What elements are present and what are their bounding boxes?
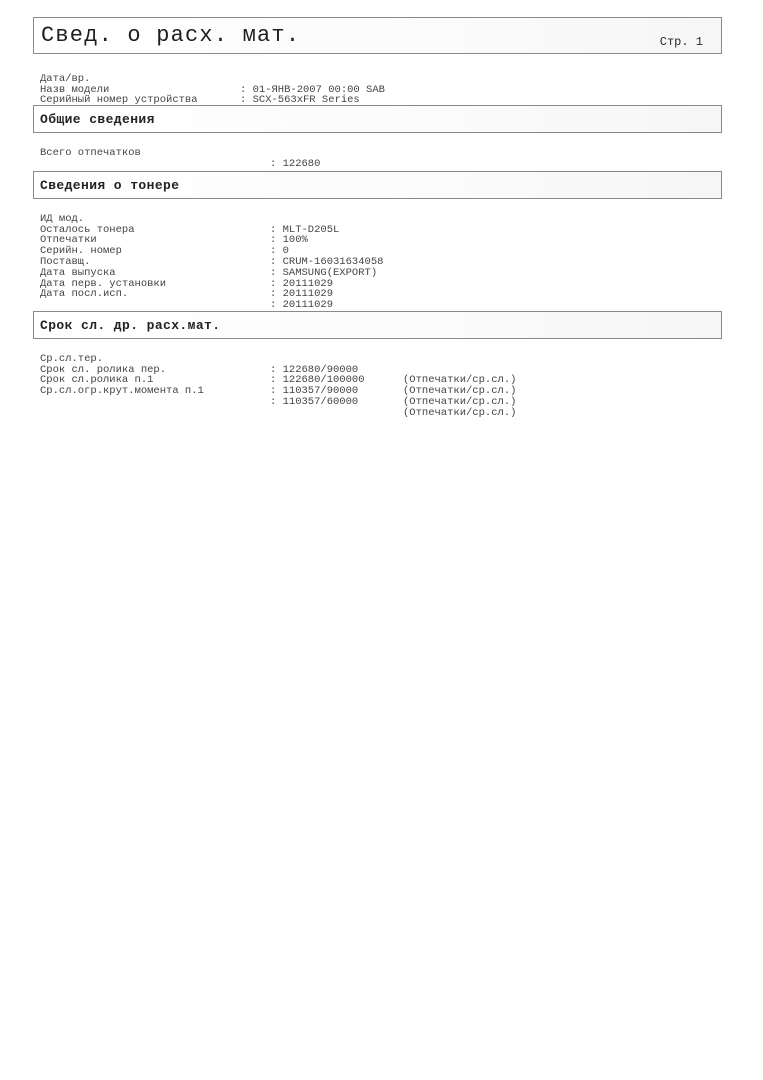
data-row: Срок сл. ролика пер. : 122680/100000 (От… <box>40 354 65 365</box>
data-row: Поставщ. : SAMSUNG(EXPORT) <box>40 246 65 257</box>
data-row: Серийн. номер : CRUM-16031634058 <box>40 235 65 246</box>
device-info: Дата/вр. : 01-ЯНВ-2007 00:00 SAB Назв мо… <box>40 63 65 95</box>
section-toner-rows: ИД мод. : MLT-D205L Осталось тонера : 10… <box>40 203 65 289</box>
row-unit: (Отпечатки/ср.сл.) <box>403 408 516 419</box>
data-row: Срок сл.ролика п.1 : 110357/90000 (Отпеч… <box>40 365 65 376</box>
report-title-box: Свед. о расх. мат. Стр. 1 <box>33 17 722 54</box>
row-value: : 20111029 <box>270 300 333 311</box>
row-label: Дата посл.исп. <box>40 289 128 300</box>
data-row: ИД мод. : MLT-D205L <box>40 203 65 214</box>
data-row: Дата посл.исп. : 20111029 <box>40 279 65 290</box>
row-label: Ср.сл.огр.крут.момента п.1 <box>40 386 204 397</box>
data-row: Ср.сл.тер. : 122680/90000 (Отпечатки/ср.… <box>40 343 65 354</box>
data-row: Дата перв. установки : 20111029 <box>40 268 65 279</box>
info-row-serial: Серийный номер устройства : Z5W3BJED1000… <box>40 85 65 96</box>
data-row: Отпечатки : 0 <box>40 225 65 236</box>
section-header-other-consumables: Срок сл. др. расх.мат. <box>33 311 722 339</box>
page-number: Стр. 1 <box>660 35 703 49</box>
data-row: Всего отпечатков : 122680 <box>40 137 65 148</box>
row-value: : SAMSUNG(EXPORT) <box>270 268 377 279</box>
section-header-general: Общие сведения <box>33 105 722 133</box>
data-row: Ср.сл.огр.крут.момента п.1 : 110357/6000… <box>40 375 65 386</box>
section-title: Сведения о тонере <box>40 178 179 193</box>
section-title: Общие сведения <box>40 112 155 127</box>
report-title: Свед. о расх. мат. <box>41 23 300 48</box>
section-header-toner: Сведения о тонере <box>33 171 722 199</box>
section-general-rows: Всего отпечатков : 122680 <box>40 137 65 148</box>
data-row: Дата выпуска : 20111029 <box>40 257 65 268</box>
row-value: : 110357/60000 <box>270 397 358 408</box>
section-other-consumables-rows: Ср.сл.тер. : 122680/90000 (Отпечатки/ср.… <box>40 343 65 386</box>
section-title: Срок сл. др. расх.мат. <box>40 318 220 333</box>
info-row-model: Назв модели : SCX-563xFR Series <box>40 74 65 85</box>
row-value: : 122680 <box>270 159 320 170</box>
row-label: Всего отпечатков <box>40 148 141 159</box>
data-row: Осталось тонера : 100% <box>40 214 65 225</box>
info-row-datetime: Дата/вр. : 01-ЯНВ-2007 00:00 SAB <box>40 63 65 74</box>
